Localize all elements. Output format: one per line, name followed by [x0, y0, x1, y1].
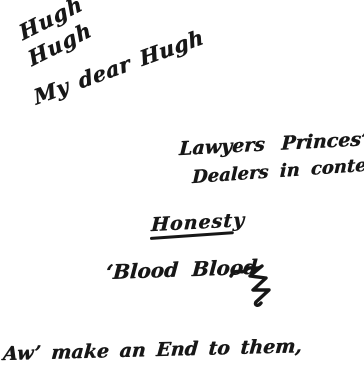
manuscript-page: Hugh Hugh My dear Hugh Lawyers Princes’ … [0, 0, 364, 374]
illegible-scribble-flourish-icon [228, 254, 284, 308]
handwritten-jotting-lawyers-princes: Lawyers Princes’ [178, 129, 364, 160]
handwritten-closing-line: Aw’ make an End to them, [2, 336, 302, 365]
